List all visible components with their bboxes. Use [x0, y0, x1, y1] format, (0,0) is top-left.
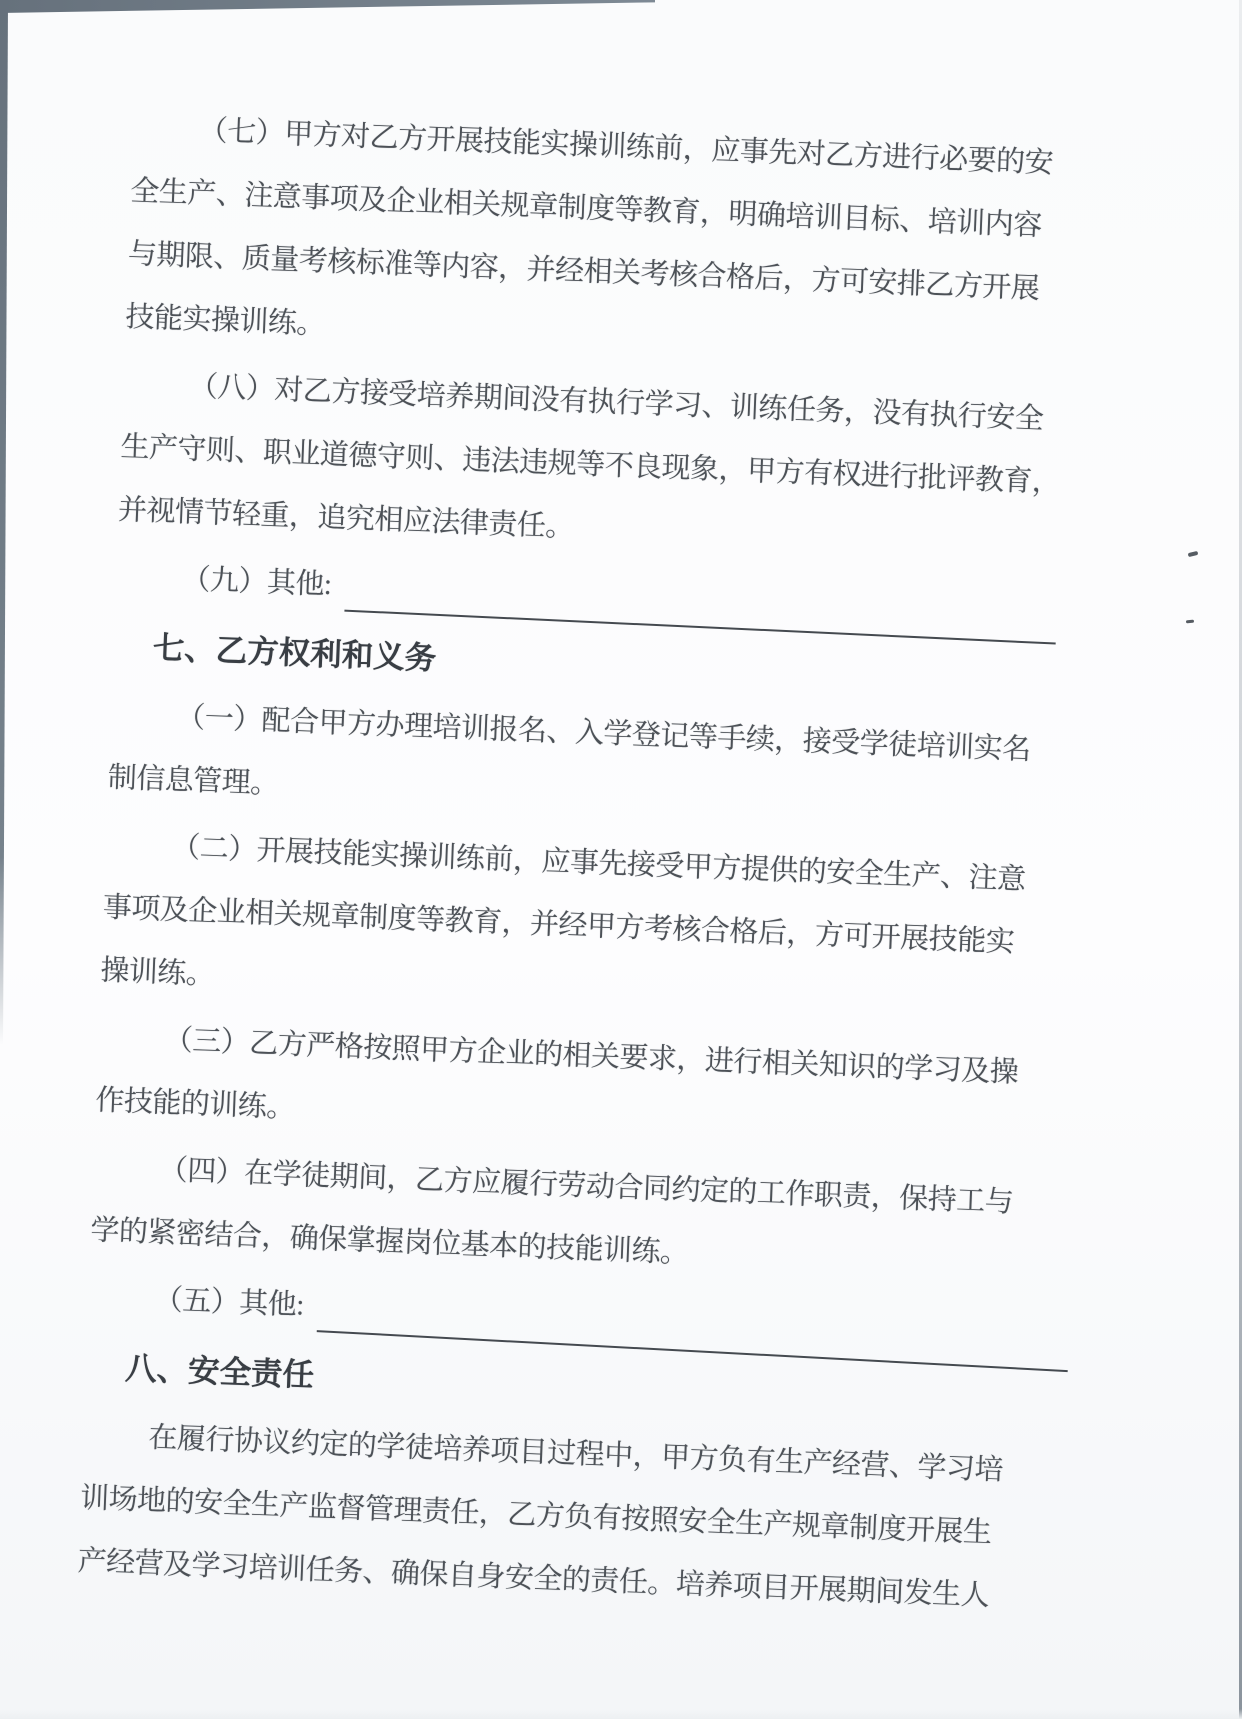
scan-speck	[1186, 620, 1194, 624]
clause-safety: 在履行协议约定的学徒培养项目过程中，甲方负有生产经营、学习培 训场地的安全生产监…	[47, 1403, 1054, 1630]
scan-edge-bottom	[0, 1709, 1242, 1719]
clause-yi-2: （二）开展技能实操训练前，应事先接受甲方提供的安全生产、注意 事项及企业相关规章…	[69, 812, 1076, 1039]
scan-speck	[1188, 551, 1199, 557]
scan-edge-top	[0, 0, 655, 13]
scan-edge-left	[0, 0, 8, 1045]
fill-label: （九）其他:	[181, 563, 332, 601]
clause-jia-8: （八）对乙方接受培养期间没有执行学习、训练任务，没有执行安全 生产守则、职业道德…	[87, 352, 1094, 579]
fill-label: （五）其他:	[153, 1284, 304, 1322]
clause-jia-7: （七）甲方对乙方开展技能实操训练前，应事先对乙方进行必要的安 全生产、注意事项及…	[94, 96, 1103, 386]
contract-page: （七）甲方对乙方开展技能实操训练前，应事先对乙方进行必要的安 全生产、注意事项及…	[46, 96, 1103, 1634]
